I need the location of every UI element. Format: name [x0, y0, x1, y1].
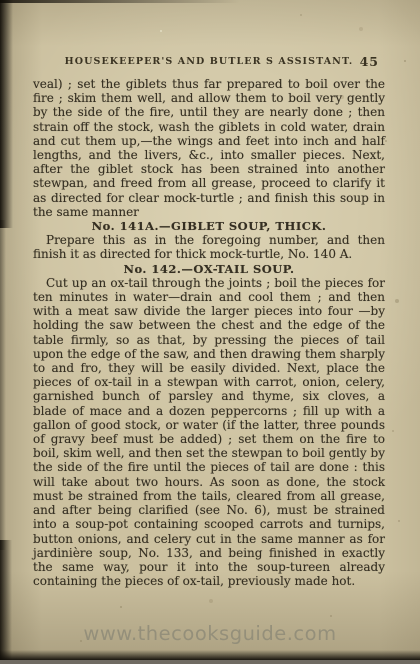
header-title: HOUSEKEEPER'S AND BUTLER S ASSISTANT.: [33, 56, 385, 67]
recipe-heading-142: No. 142.—OX-TAIL SOUP.: [33, 262, 385, 276]
scan-edge-bottom: [0, 650, 420, 660]
running-header: HOUSEKEEPER'S AND BUTLER S ASSISTANT. 45: [33, 56, 385, 72]
scan-edge-bottom-gray: [0, 660, 420, 664]
scan-speckle-noise: [0, 0, 2, 2]
body-paragraph-oxtail: Cut up an ox-tail through the joints ; b…: [33, 276, 385, 588]
body-paragraph-giblet-continued: veal) ; set the giblets thus far prepare…: [33, 77, 385, 219]
recipe-heading-141a: No. 141A.—GIBLET SOUP, THICK.: [33, 219, 385, 233]
watermark-text: www.thecooksguide.com: [0, 622, 420, 645]
book-page-scan: HOUSEKEEPER'S AND BUTLER S ASSISTANT. 45…: [0, 0, 420, 664]
page-body-text: veal) ; set the giblets thus far prepare…: [33, 77, 385, 588]
scan-edge-left-top: [0, 0, 13, 228]
body-paragraph-giblet-thick: Prepare this as in the foregoing number,…: [33, 233, 385, 261]
scan-edge-left-mid: [0, 220, 6, 550]
page-number: 45: [360, 54, 379, 69]
scan-edge-left-bottom: [0, 540, 12, 664]
scan-edge-top: [0, 0, 240, 3]
